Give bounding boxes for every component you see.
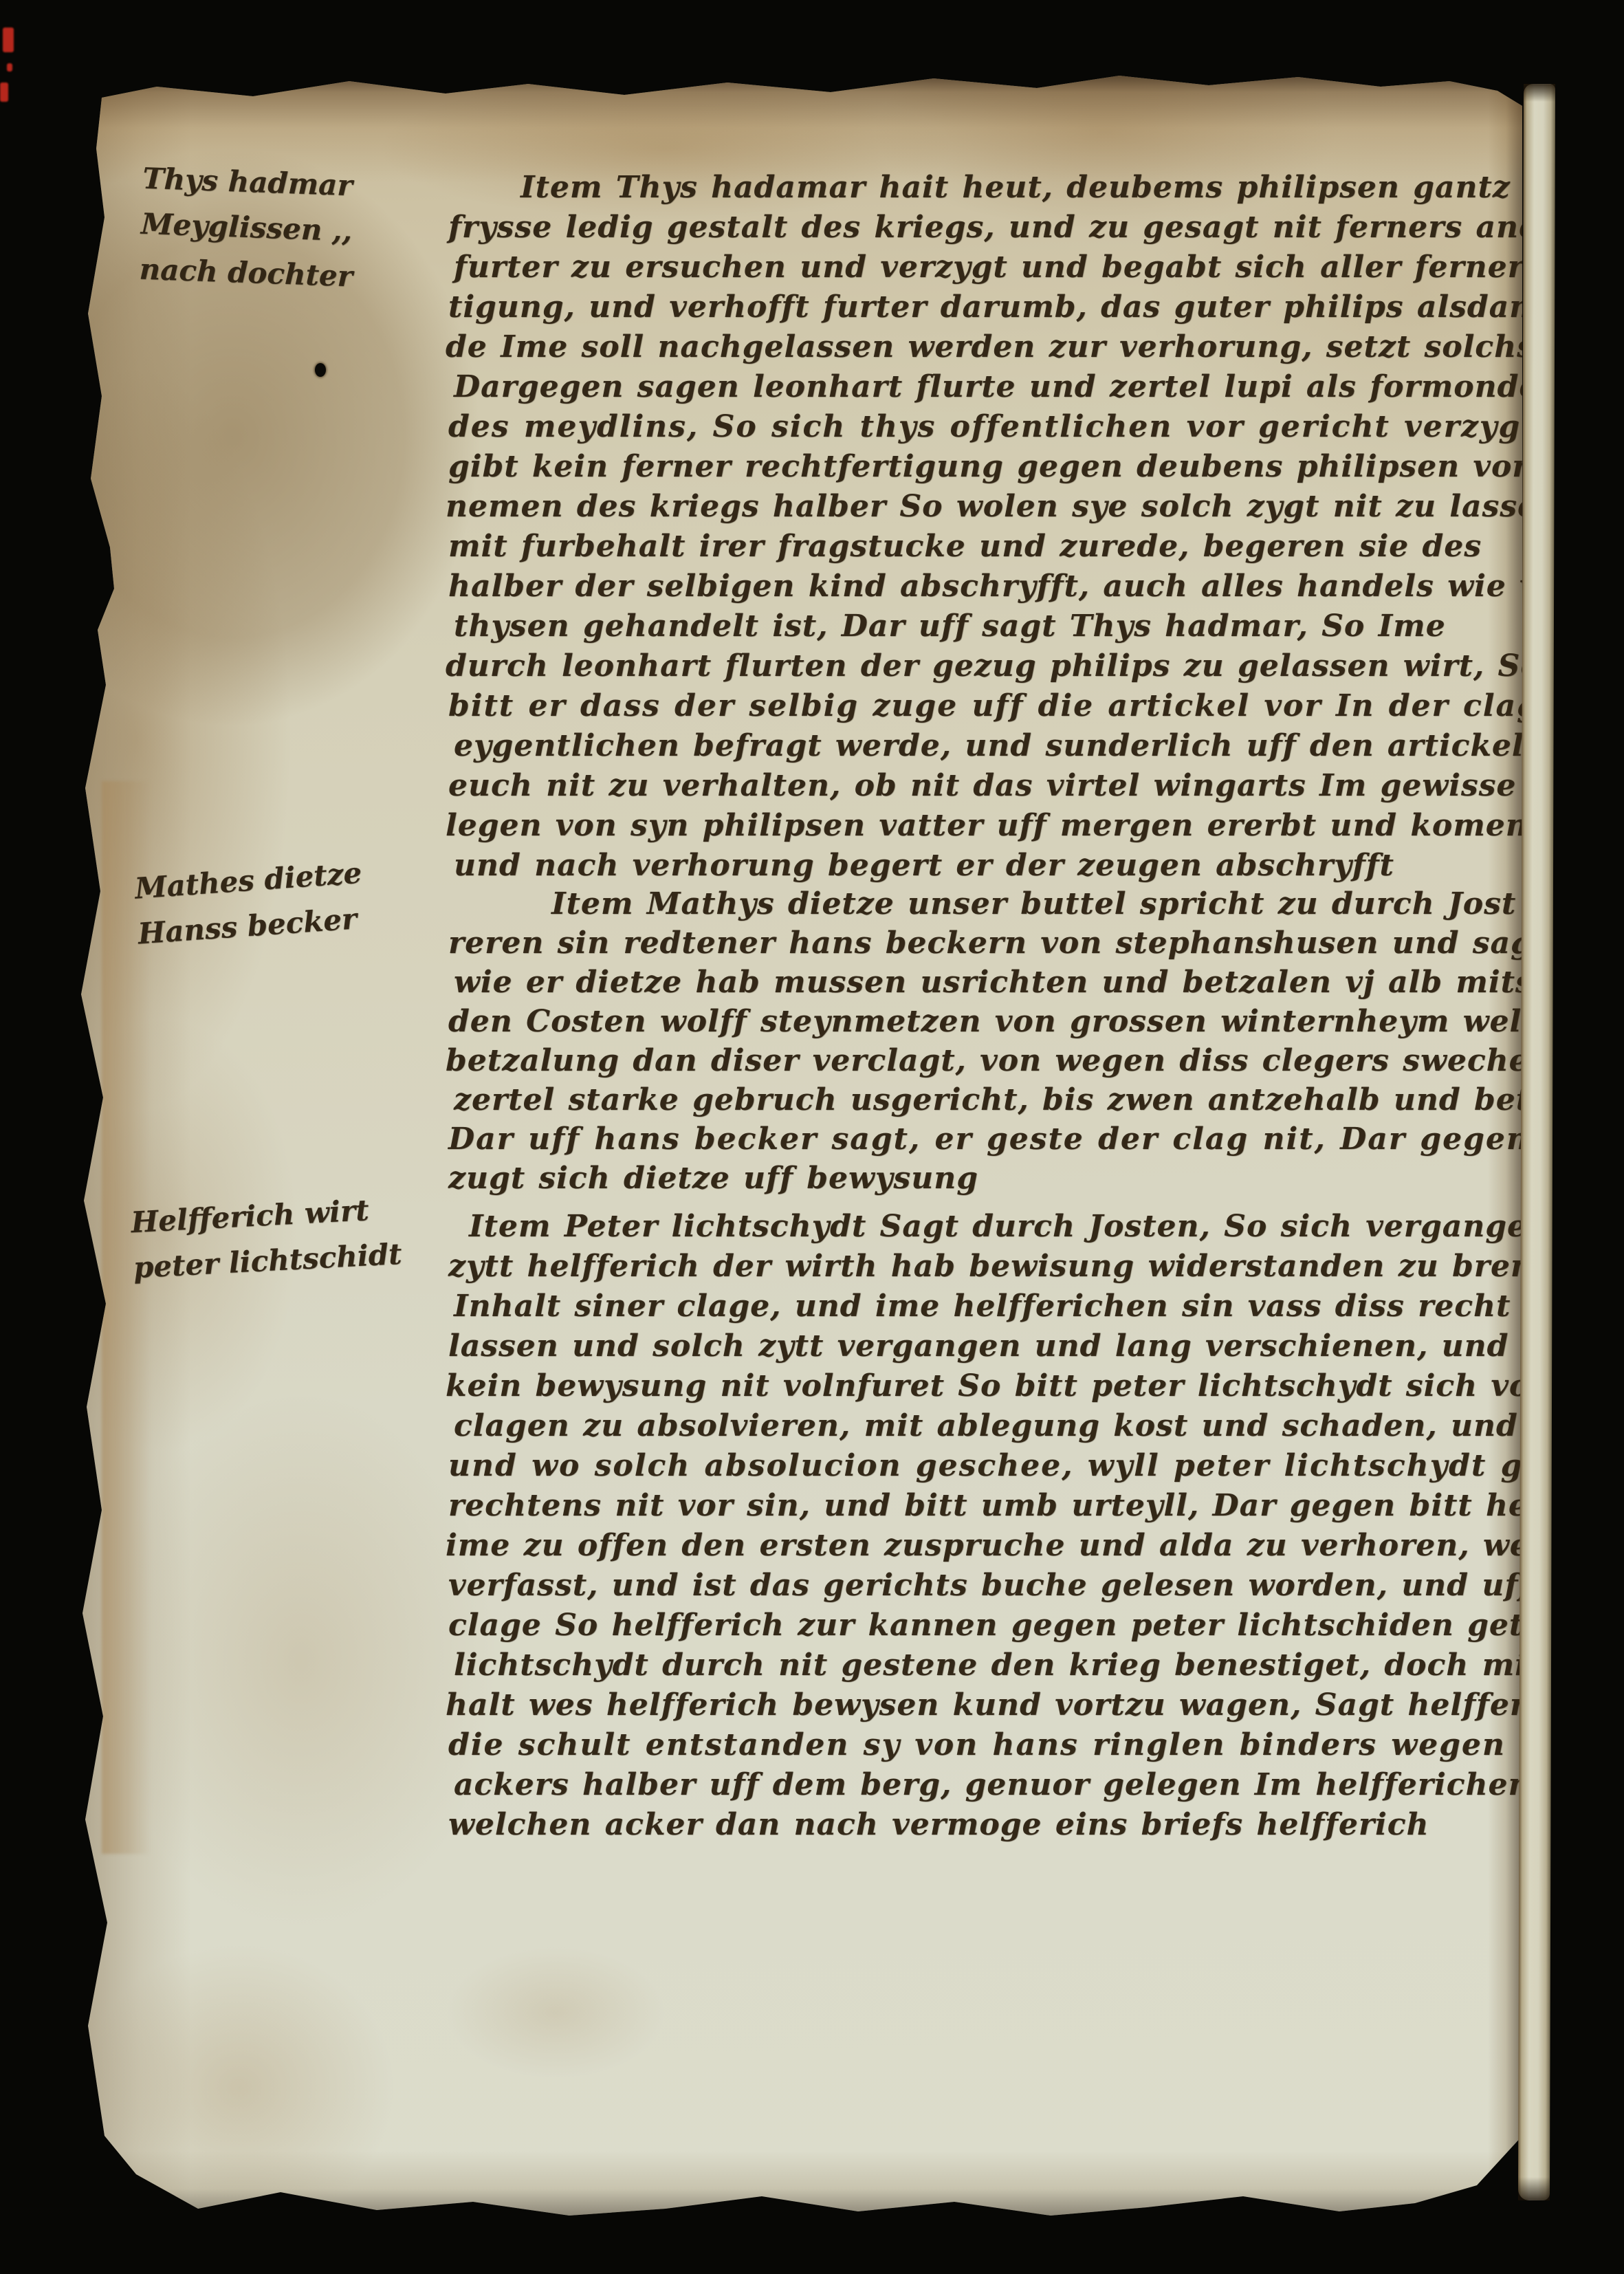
paragraph-3: Item Peter lichtschydt Sagt durch Josten… [448, 1207, 1535, 1845]
margin-note-thys-hadmar: Thys hadmarMeyglissen ,,nach dochter [139, 156, 357, 300]
text-line: den Costen wolff steynmetzen von grossen… [448, 1002, 1535, 1041]
text-line: tigung, und verhofft furter darumb, das … [448, 287, 1535, 327]
margin-note-line: nach dochter [139, 247, 353, 300]
red-edge-mark [3, 28, 14, 52]
text-line: de Ime soll nachgelassen werden zur verh… [446, 327, 1535, 367]
text-line: bitt er dass der selbig zuge uff die art… [448, 686, 1535, 726]
text-line: zytt helfferich der wirth hab bewisung w… [448, 1247, 1535, 1287]
text-line: zertel starke gebruch usgericht, bis zwe… [454, 1080, 1535, 1119]
text-line: nemen des kriegs halber So wolen sye sol… [446, 487, 1535, 527]
text-line: die schult entstanden sy von hans ringle… [448, 1725, 1535, 1765]
text-line: des meydlins, So sich thys offentlichen … [448, 407, 1535, 447]
text-line: ime zu offen den ersten zuspruche und al… [446, 1526, 1535, 1566]
text-line: clagen zu absolvieren, mit ablegung kost… [454, 1406, 1535, 1446]
text-line: halt wes helfferich bewysen kund vortzu … [446, 1685, 1535, 1725]
text-line: eygentlichen befragt werde, und sunderli… [454, 726, 1535, 766]
text-line: frysse ledig gestalt des kriegs, und zu … [448, 208, 1535, 248]
text-line: Item Mathys dietze unser buttel spricht … [551, 884, 1535, 923]
text-line: lassen und solch zytt vergangen und lang… [448, 1326, 1535, 1366]
text-line: legen von syn philipsen vatter uff merge… [446, 806, 1535, 846]
text-line: Inhalt siner clage, und ime helfferichen… [454, 1287, 1535, 1326]
text-line: mit furbehalt irer fragstucke und zurede… [448, 527, 1535, 567]
margin-note-line: Thys hadmar [142, 156, 356, 209]
text-line: lichtschydt durch nit gestene den krieg … [454, 1646, 1535, 1685]
margin-note-line: Meyglissen ,, [140, 201, 355, 254]
text-line: thysen gehandelt ist, Dar uff sagt Thys … [454, 606, 1535, 646]
text-line: furter zu ersuchen und verzygt und begab… [454, 248, 1535, 287]
text-line: Item Peter lichtschydt Sagt durch Josten… [469, 1207, 1535, 1247]
next-leaf-fore-edge [1518, 84, 1555, 2200]
text-line: betzalung dan diser verclagt, von wegen … [446, 1041, 1535, 1080]
text-line: durch leonhart flurten der gezug philips… [446, 646, 1535, 686]
text-line: wie er dietze hab mussen usrichten und b… [454, 963, 1535, 1002]
scanned-manuscript-photo: Thys hadmarMeyglissen ,,nach dochter Mat… [0, 0, 1624, 2274]
paragraph-2: Item Mathys dietze unser buttel spricht … [448, 884, 1535, 1198]
text-line: ackers halber uff dem berg, genuor geleg… [454, 1765, 1535, 1805]
wormhole [315, 363, 326, 377]
text-line: und wo solch absolucion geschee, wyll pe… [448, 1446, 1535, 1486]
text-line: kein bewysung nit volnfuret So bitt pete… [446, 1366, 1535, 1406]
paragraph-1: Item Thys hadamar hait heut, deubems phi… [448, 168, 1535, 886]
text-line: rechtens nit vor sin, und bitt umb urtey… [448, 1486, 1535, 1526]
text-line: clage So helfferich zur kannen gegen pet… [448, 1606, 1535, 1646]
margin-note-helfferich-wirt: Helfferich wirtpeter lichtschidt [130, 1186, 403, 1291]
text-line: Dar uff hans becker sagt, er geste der c… [448, 1119, 1535, 1159]
text-line: Dargegen sagen leonhart flurte und zerte… [454, 367, 1535, 407]
text-line: welchen acker dan nach vermoge eins brie… [448, 1805, 1535, 1845]
red-edge-mark [7, 63, 12, 72]
text-line: euch nit zu verhalten, ob nit das virtel… [448, 766, 1535, 806]
margin-note-mathes-dietze: Mathes dietzeHanss becker [133, 851, 366, 957]
text-line: zugt sich dietze uff bewysung [448, 1159, 1535, 1198]
manuscript-page: Thys hadmarMeyglissen ,,nach dochter Mat… [74, 66, 1522, 2227]
text-line: reren sin redtener hans beckern von step… [448, 923, 1535, 963]
text-line: und nach verhorung begert er der zeugen … [454, 846, 1535, 886]
red-edge-mark [0, 83, 8, 102]
text-line: halber der selbigen kind abschryfft, auc… [448, 567, 1535, 606]
text-line: verfasst, und ist das gerichts buche gel… [448, 1566, 1535, 1606]
text-line: Item Thys hadamar hait heut, deubems phi… [520, 168, 1535, 208]
text-line: gibt kein ferner rechtfertigung gegen de… [448, 447, 1535, 487]
